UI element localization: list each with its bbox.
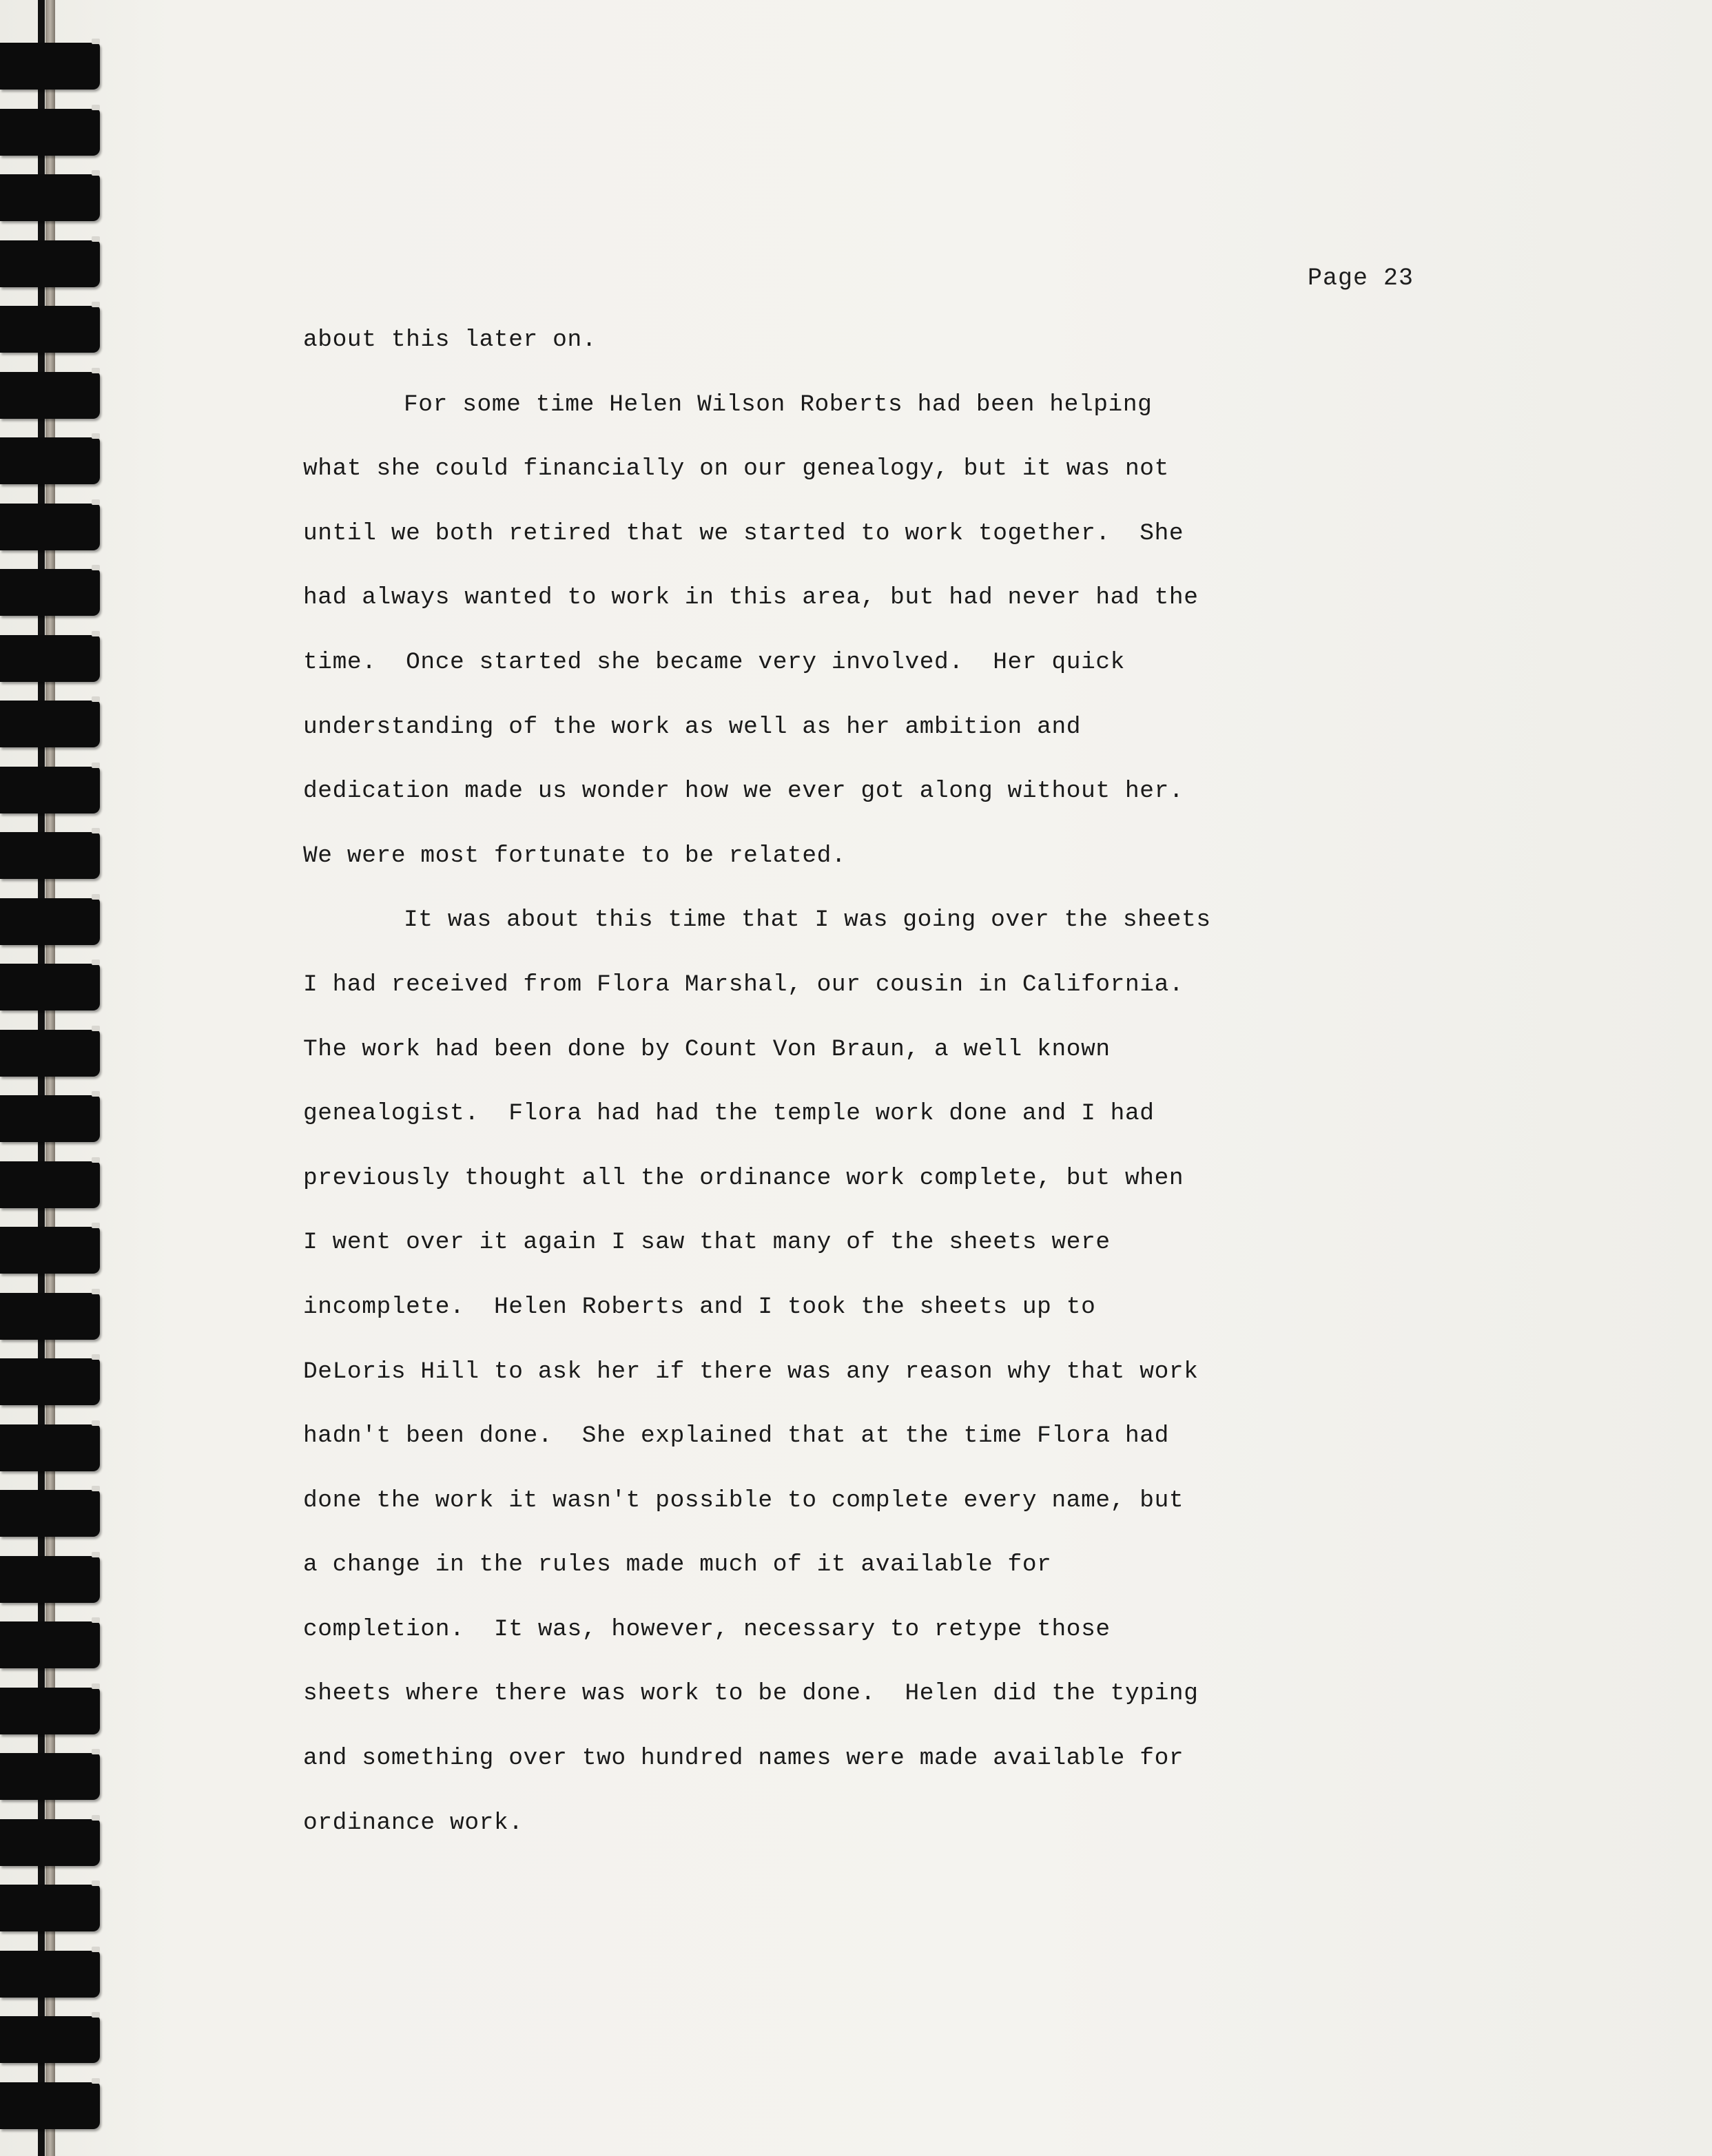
binding-ring [0,1161,100,1208]
text-line: It was about this time that I was going … [303,898,1557,963]
binding-ring [0,569,100,616]
binding-ring [0,1621,100,1668]
binding-ring [0,240,100,287]
text-line: had always wanted to work in this area, … [303,576,1557,641]
binding-ring [0,306,100,353]
binding-ring [0,635,100,682]
binding-ring [0,437,100,484]
binding-ring [0,1819,100,1866]
binding-ring [0,1293,100,1340]
binding-ring [0,43,100,90]
text-line: For some time Helen Wilson Roberts had b… [303,383,1557,448]
text-line: until we both retired that we started to… [303,512,1557,577]
text-line: I went over it again I saw that many of … [303,1221,1557,1285]
binding-ring [0,767,100,813]
spiral-binding [0,0,110,2156]
binding-ring [0,504,100,550]
binding-ring [0,1885,100,1931]
text-line: ordinance work. [303,1801,1557,1866]
document-page: Page 23 about this later on.For some tim… [0,0,1712,2156]
text-line: I had received from Flora Marshal, our c… [303,963,1557,1028]
text-line: incomplete. Helen Roberts and I took the… [303,1285,1557,1350]
binding-ring [0,2016,100,2063]
text-line: done the work it wasn't possible to comp… [303,1479,1557,1544]
binding-ring [0,1358,100,1405]
text-line: sheets where there was work to be done. … [303,1672,1557,1737]
text-line: time. Once started she became very invol… [303,641,1557,705]
binding-ring [0,1490,100,1537]
text-line: understanding of the work as well as her… [303,705,1557,770]
text-line: DeLoris Hill to ask her if there was any… [303,1350,1557,1415]
binding-ring [0,964,100,1010]
text-line: a change in the rules made much of it av… [303,1543,1557,1608]
binding-ring [0,174,100,221]
binding-ring [0,2082,100,2129]
binding-ring [0,1095,100,1142]
binding-ring [0,1424,100,1471]
text-line: completion. It was, however, necessary t… [303,1608,1557,1672]
document-body: about this later on.For some time Helen … [303,318,1557,1865]
page-number: Page 23 [1308,265,1414,292]
binding-ring [0,898,100,945]
binding-ring [0,1030,100,1077]
binding-ring [0,1753,100,1800]
text-line: hadn't been done. She explained that at … [303,1414,1557,1479]
text-line: what she could financially on our geneal… [303,447,1557,512]
binding-ring [0,372,100,419]
text-line: The work had been done by Count Von Brau… [303,1028,1557,1092]
text-line: about this later on. [303,318,1557,383]
text-line: and something over two hundred names wer… [303,1737,1557,1801]
text-line: genealogist. Flora had had the temple wo… [303,1092,1557,1157]
binding-ring [0,1556,100,1603]
text-line: previously thought all the ordinance wor… [303,1157,1557,1221]
binding-ring [0,1951,100,1998]
binding-ring [0,701,100,747]
text-line: dedication made us wonder how we ever go… [303,769,1557,834]
binding-ring [0,1688,100,1734]
text-line: We were most fortunate to be related. [303,834,1557,899]
binding-ring [0,832,100,879]
binding-ring [0,109,100,156]
binding-ring [0,1227,100,1274]
